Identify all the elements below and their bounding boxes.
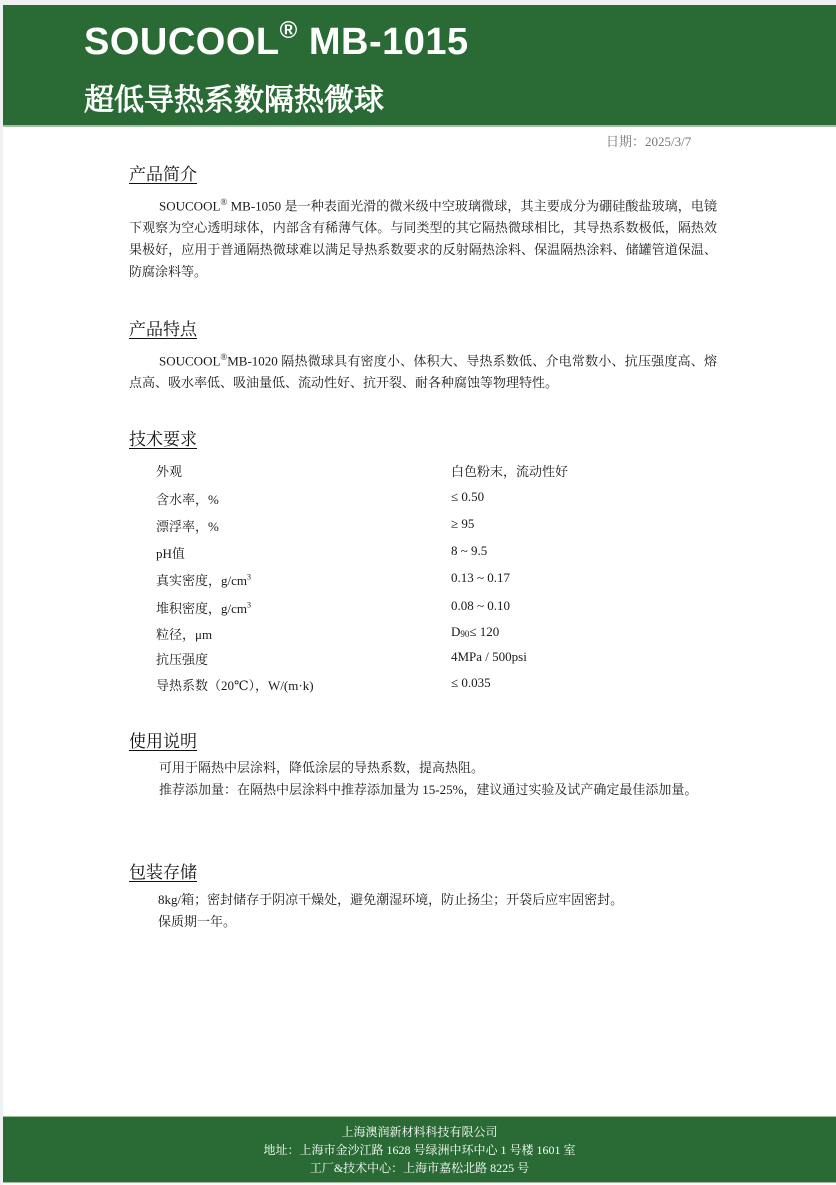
spec-value: 0.13 ~ 0.17 bbox=[451, 570, 510, 586]
storage-paragraph: 8kg/箱；密封储存于阴凉干燥处，避免潮湿环境，防止扬尘；开袋后应牢固密封。 保… bbox=[158, 889, 728, 933]
spec-value: 白色粉末，流动性好 bbox=[451, 461, 568, 480]
spec-row-true-density: 真实密度，g/cm3 0.13 ~ 0.17 bbox=[156, 570, 716, 592]
spec-row-bulk-density: 堆积密度，g/cm3 0.08 ~ 0.10 bbox=[156, 598, 716, 620]
spec-row-thermal-conductivity: 导热系数（20℃），W/(m·k) ≤ 0.035 bbox=[156, 675, 716, 697]
spec-label: 导热系数（20℃），W/(m·k) bbox=[156, 675, 314, 694]
features-brand: SOUCOOL bbox=[159, 353, 220, 368]
usage-paragraph: 可用于隔热中层涂料，降低涂层的导热系数，提高热阻。 推荐添加量：在隔热中层涂料中… bbox=[129, 757, 717, 801]
spec-row-particle-size: 粒径，μm D90≤ 120 bbox=[156, 624, 716, 646]
intro-paragraph: SOUCOOL® MB-1050 是一种表面光滑的微米级中空玻璃微球，其主要成分… bbox=[129, 191, 717, 283]
spec-value: D90≤ 120 bbox=[451, 624, 499, 640]
section-title-specs: 技术要求 bbox=[129, 425, 197, 450]
company-address: 地址：上海市金沙江路 1628 号绿洲中环中心 1 号楼 1601 室 bbox=[3, 1141, 836, 1159]
factory-address: 工厂&技术中心：上海市嘉松北路 8225 号 bbox=[3, 1159, 836, 1177]
document-page: SOUCOOL® MB-1015 超低导热系数隔热微球 日期：2025/3/7 … bbox=[3, 5, 836, 1185]
spec-value: 4MPa / 500psi bbox=[451, 649, 527, 665]
spec-label: 真实密度，g/cm3 bbox=[156, 570, 251, 589]
registered-mark: ® bbox=[280, 17, 298, 44]
spec-label: 漂浮率，% bbox=[156, 516, 219, 535]
usage-line: 可用于隔热中层涂料，降低涂层的导热系数，提高热阻。 bbox=[129, 757, 717, 779]
spec-label-superscript: 3 bbox=[247, 573, 251, 582]
usage-line: 推荐添加量：在隔热中层涂料中推荐添加量为 15-25%，建议通过实验及试产确定最… bbox=[129, 779, 717, 801]
spec-value: ≥ 95 bbox=[451, 516, 474, 532]
product-subtitle: 超低导热系数隔热微球 bbox=[84, 75, 384, 119]
spec-label: 含水率，% bbox=[156, 489, 219, 508]
spec-value: 0.08 ~ 0.10 bbox=[451, 598, 510, 614]
model-number: MB-1015 bbox=[309, 21, 469, 63]
spec-row-moisture: 含水率，% ≤ 0.50 bbox=[156, 489, 716, 511]
footer-banner: 上海澳润新材料科技有限公司 地址：上海市金沙江路 1628 号绿洲中环中心 1 … bbox=[3, 1116, 836, 1183]
date-value: 2025/3/7 bbox=[645, 134, 691, 149]
intro-brand: SOUCOOL bbox=[159, 198, 220, 213]
spec-row-compressive-strength: 抗压强度 4MPa / 500psi bbox=[156, 649, 716, 671]
spec-value-prefix: D bbox=[451, 624, 460, 639]
spec-label-superscript: 3 bbox=[247, 601, 251, 610]
spec-label-text: 堆积密度，g/cm bbox=[156, 601, 247, 616]
spec-value-text: ≤ 120 bbox=[469, 624, 499, 639]
spec-label: pH值 bbox=[156, 543, 185, 562]
section-title-intro: 产品简介 bbox=[129, 160, 197, 185]
storage-line: 保质期一年。 bbox=[158, 911, 728, 933]
document-date: 日期：2025/3/7 bbox=[606, 131, 691, 150]
product-title: SOUCOOL® MB-1015 bbox=[84, 21, 469, 64]
spec-label: 堆积密度，g/cm3 bbox=[156, 598, 251, 617]
spec-value: ≤ 0.50 bbox=[451, 489, 484, 505]
spec-label: 外观 bbox=[156, 461, 182, 480]
section-title-storage: 包装存储 bbox=[129, 858, 197, 883]
company-name: 上海澳润新材料科技有限公司 bbox=[3, 1123, 836, 1141]
spec-value: ≤ 0.035 bbox=[451, 675, 491, 691]
spec-label: 粒径，μm bbox=[156, 624, 212, 643]
storage-line: 8kg/箱；密封储存于阴凉干燥处，避免潮湿环境，防止扬尘；开袋后应牢固密封。 bbox=[158, 889, 728, 911]
spec-label-text: 真实密度，g/cm bbox=[156, 573, 247, 588]
spec-row-appearance: 外观 白色粉末，流动性好 bbox=[156, 461, 716, 483]
section-title-usage: 使用说明 bbox=[129, 727, 197, 752]
date-label: 日期： bbox=[606, 134, 645, 149]
brand-name: SOUCOOL bbox=[84, 21, 280, 63]
spec-value: 8 ~ 9.5 bbox=[451, 543, 487, 559]
spec-row-ph: pH值 8 ~ 9.5 bbox=[156, 543, 716, 565]
features-paragraph: SOUCOOL®MB-1020 隔热微球具有密度小、体积大、导热系数低、介电常数… bbox=[129, 346, 717, 394]
header-banner: SOUCOOL® MB-1015 超低导热系数隔热微球 bbox=[3, 5, 836, 127]
section-title-features: 产品特点 bbox=[129, 315, 197, 340]
spec-row-floating-rate: 漂浮率，% ≥ 95 bbox=[156, 516, 716, 538]
spec-label: 抗压强度 bbox=[156, 649, 208, 668]
